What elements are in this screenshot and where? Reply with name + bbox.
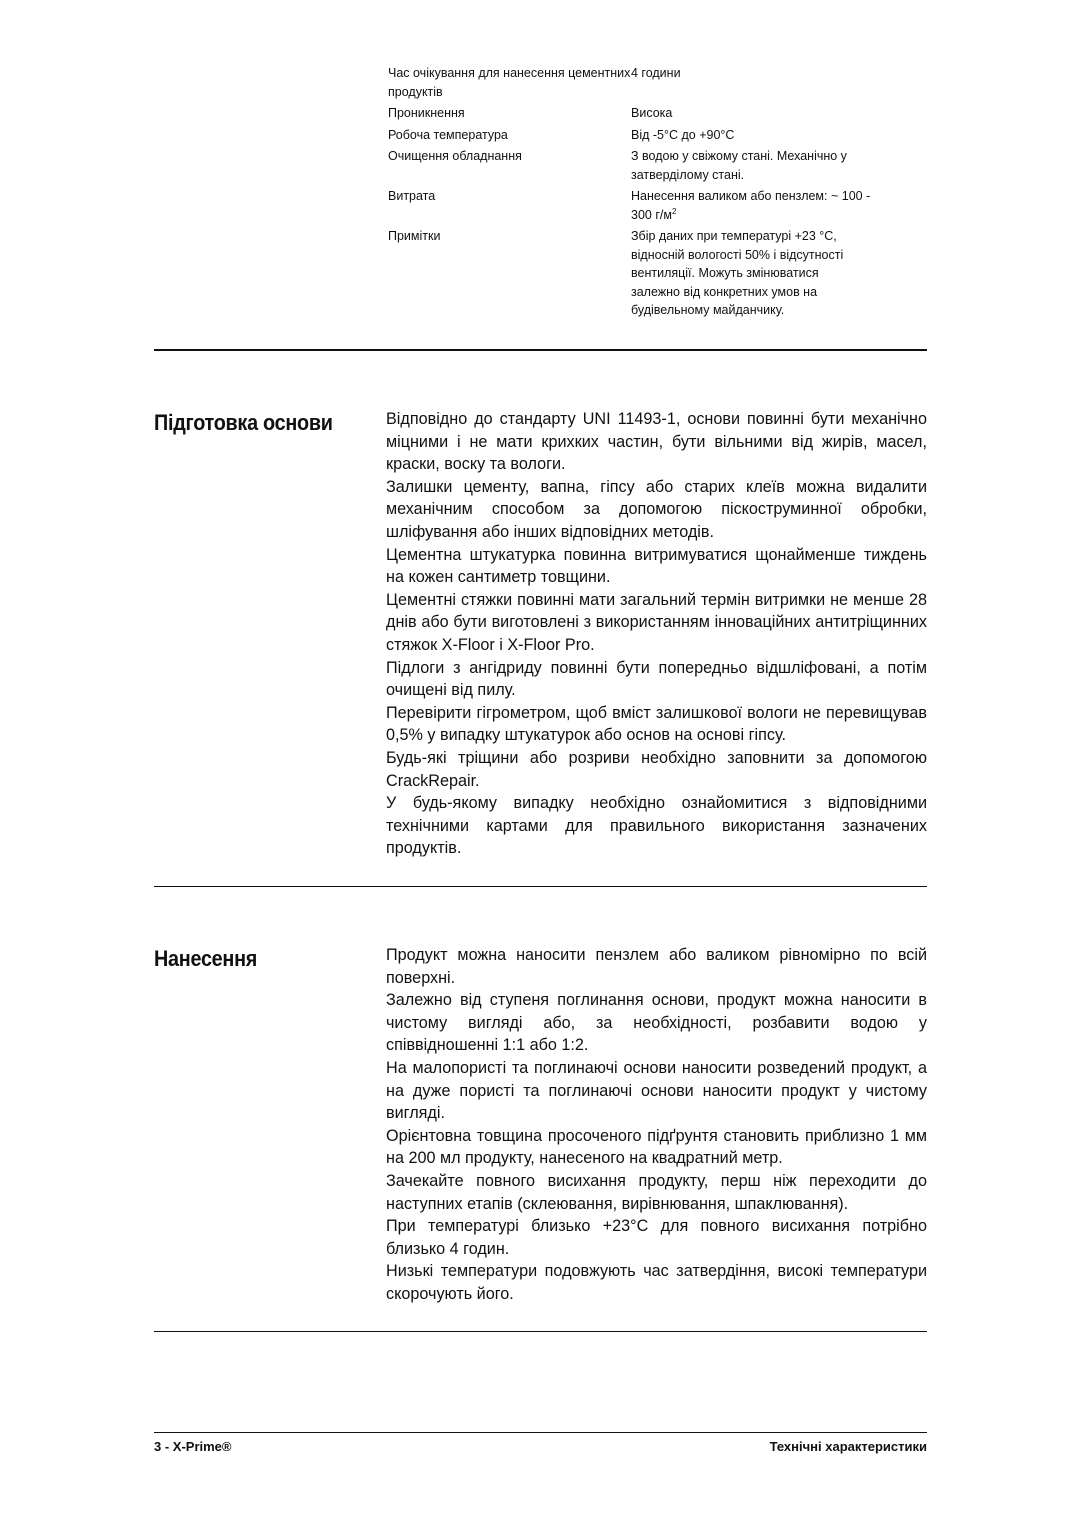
paragraph: При температурі близько +23°C для повног… [386, 1215, 927, 1260]
section-body: Відповідно до стандарту UNI 11493-1, осн… [386, 408, 927, 860]
spec-label: Очищення обладнання [388, 147, 631, 184]
spec-value: Нанесення валиком або пензлем: ~ 100 - 3… [631, 187, 871, 224]
spec-row: Примітки Збір даних при температурі +23 … [388, 227, 888, 320]
spec-row: Робоча температура Від -5°C до +90°C [388, 126, 888, 145]
spec-label: Витрата [388, 187, 631, 224]
paragraph: Низькі температури подовжують час затвер… [386, 1260, 927, 1305]
footer-doc-title: Технічні характеристики [770, 1439, 927, 1454]
spec-label: Проникнення [388, 104, 631, 123]
section-title: Підготовка основи [154, 410, 333, 436]
spec-value: 4 години [631, 64, 871, 101]
paragraph: Залежно від ступеня поглинання основи, п… [386, 989, 927, 1057]
spec-row: Витрата Нанесення валиком або пензлем: ~… [388, 187, 888, 224]
paragraph: Будь-які тріщини або розриви необхідно з… [386, 747, 927, 792]
paragraph: Цементна штукатурка повинна витримуватис… [386, 544, 927, 589]
footer-divider [154, 1432, 927, 1433]
paragraph: Підлоги з ангідриду повинні бути поперед… [386, 657, 927, 702]
spec-label: Примітки [388, 227, 631, 320]
spec-value: З водою у свіжому стані. Механічно у зат… [631, 147, 871, 184]
spec-label: Робоча температура [388, 126, 631, 145]
paragraph: Зачекайте повного висихання продукту, пе… [386, 1170, 927, 1215]
spec-value-superscript: 2 [672, 206, 676, 215]
section-divider [154, 886, 927, 887]
section-divider [154, 1331, 927, 1332]
paragraph: Перевірити гігрометром, щоб вміст залишк… [386, 702, 927, 747]
spec-label: Час очікування для нанесення цементних п… [388, 64, 631, 101]
section-title: Нанесення [154, 946, 257, 972]
section-divider [154, 349, 927, 351]
paragraph: Цементні стяжки повинні мати загальний т… [386, 589, 927, 657]
spec-value: Збір даних при температурі +23 °C, відно… [631, 227, 871, 320]
spec-row: Очищення обладнання З водою у свіжому ст… [388, 147, 888, 184]
paragraph: Орієнтовна товщина просоченого підґрунтя… [386, 1125, 927, 1170]
paragraph: У будь-якому випадку необхідно ознайомит… [386, 792, 927, 860]
paragraph: На малопористі та поглинаючі основи нано… [386, 1057, 927, 1125]
spec-value: Від -5°C до +90°C [631, 126, 871, 145]
section-body: Продукт можна наносити пензлем або валик… [386, 944, 927, 1306]
footer-page-label: 3 - X-Prime® [154, 1439, 232, 1454]
spec-table: Час очікування для нанесення цементних п… [388, 64, 888, 323]
paragraph: Відповідно до стандарту UNI 11493-1, осн… [386, 408, 927, 476]
spec-row: Час очікування для нанесення цементних п… [388, 64, 888, 101]
spec-row: Проникнення Висока [388, 104, 888, 123]
paragraph: Залишки цементу, вапна, гіпсу або старих… [386, 476, 927, 544]
paragraph: Продукт можна наносити пензлем або валик… [386, 944, 927, 989]
spec-value-text: Нанесення валиком або пензлем: ~ 100 - 3… [631, 189, 870, 222]
spec-value: Висока [631, 104, 871, 123]
